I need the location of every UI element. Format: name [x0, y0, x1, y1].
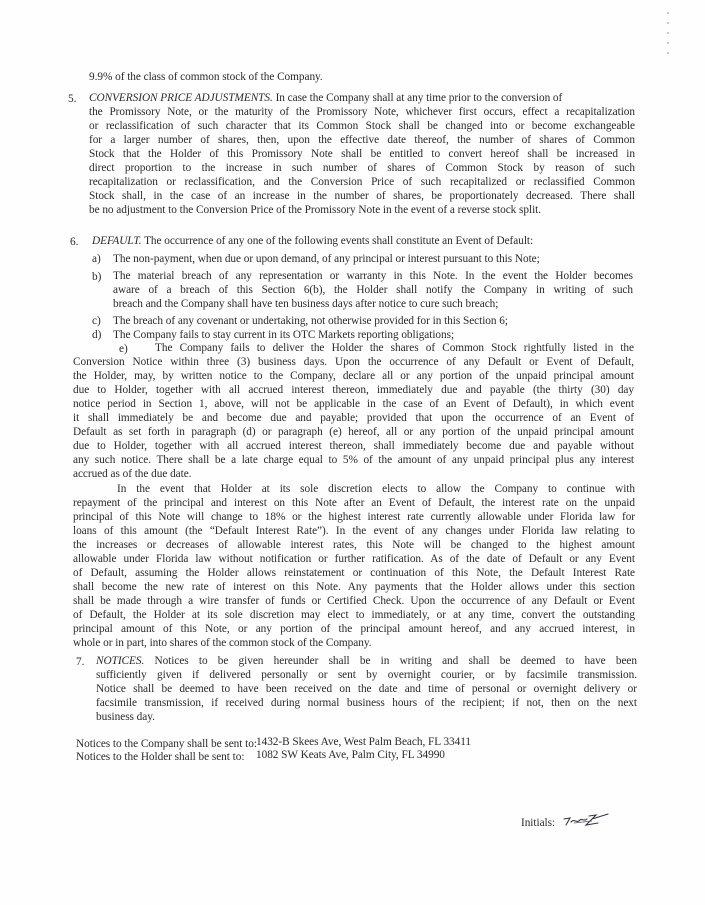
default-paragraph-line: repayment of the principal and interest …	[73, 497, 635, 510]
item-e-line: Default as set forth in paragraph (d) or…	[73, 426, 634, 439]
item-d-label: d)	[92, 329, 101, 342]
scan-margin-marks	[667, 12, 669, 52]
default-paragraph-line: In the event that Holder at its sole dis…	[117, 483, 635, 496]
section-5-line: or reclassification of such character th…	[89, 120, 635, 133]
section-5-line: direct proportion to the increase in suc…	[89, 162, 635, 175]
default-paragraph-line: loans of this amount (the “Default Inter…	[73, 525, 635, 538]
default-paragraph-line: of Default, the Holder at its sole discr…	[73, 609, 635, 622]
section-5-number: 5.	[68, 93, 76, 106]
section-7-line: sufficiently given if delivered personal…	[96, 669, 637, 682]
item-b-line: The material breach of any representatio…	[113, 270, 633, 283]
company-notice-label: Notices to the Company shall be sent to:	[76, 738, 257, 751]
section-5-first-line: CONVERSION PRICE ADJUSTMENTS. In case th…	[89, 92, 635, 105]
section-7-number: 7.	[76, 656, 84, 669]
section-5-line: Stock shall, in the case of an increase …	[89, 190, 635, 203]
section-5-line: be no adjustment to the Conversion Price…	[89, 204, 541, 217]
item-e-line: due to Holder, together with all accrued…	[73, 384, 634, 397]
handwritten-initials-signature	[562, 810, 612, 828]
initials-label: Initials:	[521, 817, 555, 830]
section-5-line: the Promissory Note, or the maturity of …	[89, 106, 635, 119]
item-e-line: notice period in Section 1, above, will …	[73, 398, 634, 411]
item-e-line: it shall immediately be and become due a…	[73, 412, 634, 425]
section-5-line: recapitalization or reclassification, an…	[89, 176, 635, 189]
section-6-intro-text: The occurrence of any one of the followi…	[142, 235, 534, 247]
section-5-line: Stock that the Holder of this Promissory…	[89, 148, 635, 161]
default-paragraph-line: shall become the new rate of interest on…	[73, 581, 635, 594]
item-d-text: The Company fails to stay current in its…	[113, 329, 454, 342]
item-e-line: the Holder, may, by written notice to th…	[73, 370, 634, 383]
section-6-intro: DEFAULT. The occurrence of any one of th…	[92, 235, 533, 248]
default-paragraph-line: the increases or decreases of allowable …	[73, 539, 635, 552]
default-paragraph-line: whole or in part, into shares of the com…	[73, 637, 371, 650]
item-b-line: breach and the Company shall have ten bu…	[113, 298, 498, 311]
item-b-label: b)	[92, 271, 101, 284]
item-c-text: The breach of any covenant or undertakin…	[113, 315, 508, 328]
item-e-line: due to Holder, together with all accrued…	[73, 440, 634, 453]
section-7-line: business day.	[96, 711, 155, 724]
item-e-line: Conversion Notice within three (3) busin…	[73, 356, 634, 369]
item-a-label: a)	[92, 253, 101, 266]
item-a-text: The non-payment, when due or upon demand…	[113, 253, 540, 266]
section-7-first-line: NOTICES. Notices to be given hereunder s…	[96, 655, 637, 668]
section-7-line: Notice shall be deemed to have been rece…	[96, 683, 637, 696]
default-paragraph-line: shall be made through a wire transfer of…	[73, 595, 635, 608]
section-7-heading: NOTICES.	[96, 655, 144, 667]
holder-notice-address: 1082 SW Keats Ave, Palm City, FL 34990	[256, 749, 445, 762]
item-e-label: e)	[119, 343, 128, 356]
default-paragraph-line: allowable under Florida law without noti…	[73, 553, 635, 566]
default-paragraph-line: of Default, assuming the Holder allows r…	[73, 567, 635, 580]
default-paragraph-line: principal of this Note will change to 18…	[73, 511, 635, 524]
section-7-line: facsimile transmission, if received duri…	[96, 697, 637, 710]
item-c-label: c)	[92, 315, 101, 328]
section-5-heading: CONVERSION PRICE ADJUSTMENTS.	[89, 92, 273, 104]
item-b-line: aware of a breach of this Section 6(b), …	[113, 284, 633, 297]
section-5-text: In case the Company shall at any time pr…	[273, 92, 562, 104]
item-e-line: any such notice. There shall be a late c…	[73, 454, 634, 467]
section-5-line: for a larger number of shares, then, upo…	[89, 134, 635, 147]
section-7-text: Notices to be given hereunder shall be i…	[144, 655, 637, 667]
section-6-number: 6.	[70, 236, 78, 249]
default-paragraph-line: principal amount of this Note, or any po…	[73, 623, 635, 636]
scanned-document-page: 9.9% of the class of common stock of the…	[0, 0, 705, 905]
item-e-line: accrued as of the due date.	[73, 468, 191, 481]
section-6-heading: DEFAULT.	[92, 235, 142, 247]
company-notice-address: 1432-B Skees Ave, West Palm Beach, FL 33…	[256, 736, 471, 749]
continuation-line: 9.9% of the class of common stock of the…	[89, 71, 323, 84]
holder-notice-label: Notices to the Holder shall be sent to:	[76, 751, 244, 764]
item-e-line: The Company fails to deliver the Holder …	[155, 342, 634, 355]
